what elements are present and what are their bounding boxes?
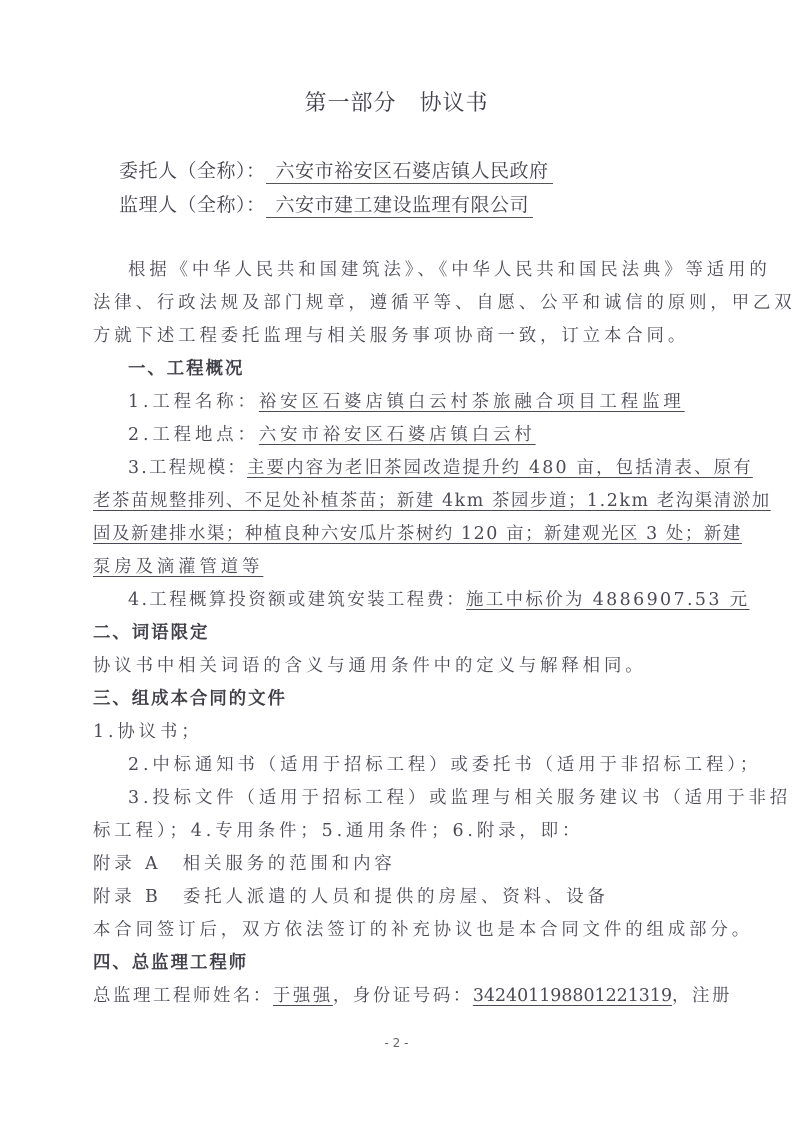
preamble-line: 法律、行政法规及部门规章，遵循平等、自愿、公平和诚信的原则，甲乙双 — [93, 287, 718, 320]
chief-engineer-id: 342401198801221319 — [473, 986, 672, 1006]
section-heading-documents: 三、组成本合同的文件 — [93, 683, 718, 716]
document-item: 标工程）；4.专用条件；5.通用条件；6.附录，即： — [93, 815, 718, 848]
project-scale-continued: 老茶苗规整排列、不足处补植茶苗；新建 4km 茶园步道；1.2km 老沟渠清淤加 — [93, 485, 718, 518]
section-heading-overview: 一、工程概况 — [128, 353, 718, 386]
page-number: - 2 - — [0, 1036, 793, 1050]
section-heading-definitions: 二、词语限定 — [93, 617, 718, 650]
supervisor-value: 六安市建工建设监理有限公司 — [266, 194, 534, 218]
document-page: 第一部分 协议书 委托人（全称）：六安市裕安区石婆店镇人民政府 监理人（全称）：… — [0, 0, 793, 1122]
project-scale-continued: 泵房及滴灌管道等 — [93, 551, 718, 584]
project-name: 1.工程名称：裕安区石婆店镇白云村茶旅融合项目工程监理 — [128, 386, 718, 419]
appendix-b: 附录 B 委托人派遣的人员和提供的房屋、资料、设备 — [93, 881, 718, 914]
principal-value: 六安市裕安区石婆店镇人民政府 — [266, 160, 553, 184]
chief-engineer-info: 总监理工程师姓名：于强强，身份证号码：342401198801221319，注册 — [93, 980, 718, 1013]
principal-label: 委托人（全称）： — [119, 160, 266, 182]
project-location: 2.工程地点：六安市裕安区石婆店镇白云村 — [128, 419, 718, 452]
project-location-value: 六安市裕安区石婆店镇白云村 — [259, 425, 536, 445]
supplementary-note: 本合同签订后，双方依法签订的补充协议也是本合同文件的组成部分。 — [93, 914, 718, 947]
definitions-text: 协议书中相关词语的含义与通用条件中的定义与解释相同。 — [93, 650, 718, 683]
project-scale-continued: 固及新建排水渠；种植良种六安瓜片茶树约 120 亩；新建观光区 3 处；新建 — [93, 518, 718, 551]
chief-engineer-name: 于强强 — [273, 986, 333, 1006]
document-item: 3.投标文件（适用于招标工程）或监理与相关服务建议书（适用于非招 — [128, 782, 718, 815]
project-investment-value: 施工中标价为 4886907.53 元 — [466, 590, 750, 610]
appendix-a: 附录 A 相关服务的范围和内容 — [93, 848, 718, 881]
project-investment: 4.工程概算投资额或建筑安装工程费：施工中标价为 4886907.53 元 — [128, 584, 718, 617]
document-item: 1.协议书； — [93, 716, 718, 749]
project-scale-value: 主要内容为老旧茶园改造提升约 480 亩，包括清表、原有 — [247, 458, 753, 478]
project-name-value: 裕安区石婆店镇白云村茶旅融合项目工程监理 — [259, 392, 685, 412]
section-heading-chief-engineer: 四、总监理工程师 — [93, 947, 718, 980]
supervisor-label: 监理人（全称）： — [119, 194, 266, 216]
supervisor-party: 监理人（全称）：六安市建工建设监理有限公司 — [119, 190, 533, 217]
document-item: 2.中标通知书（适用于招标工程）或委托书（适用于非招标工程）； — [128, 749, 718, 782]
project-scale: 3.工程规模：主要内容为老旧茶园改造提升约 480 亩，包括清表、原有 — [128, 452, 718, 485]
preamble-line: 方就下述工程委托监理与相关服务事项协商一致，订立本合同。 — [93, 320, 718, 353]
preamble-line: 根据《中华人民共和国建筑法》、《中华人民共和国民法典》等适用的 — [128, 254, 718, 287]
page-title: 第一部分 协议书 — [0, 86, 793, 117]
principal-party: 委托人（全称）：六安市裕安区石婆店镇人民政府 — [119, 156, 553, 183]
